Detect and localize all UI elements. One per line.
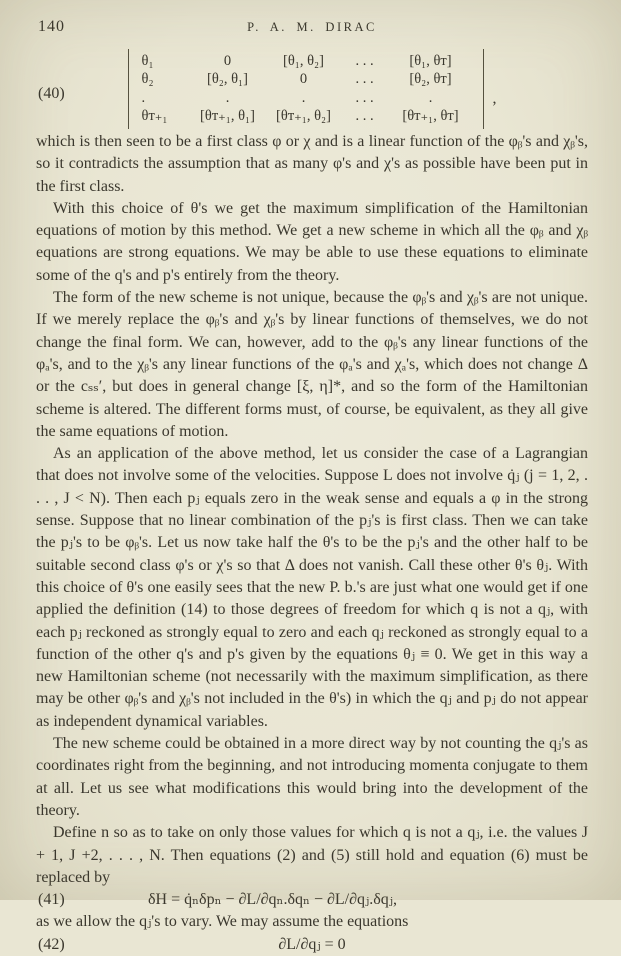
- matrix-cell: .: [388, 90, 474, 107]
- matrix-cell: [θᴛ₊₁, θ₂]: [266, 108, 342, 125]
- matrix-cell: [θ₂, θᴛ]: [388, 71, 474, 88]
- equation-41: (41)δH = q̇ₙδpₙ − ∂L/∂qₙ.δqₙ − ∂L/∂qⱼ.δq…: [36, 889, 588, 900]
- matrix-cell: [θ₂, θ₁]: [190, 71, 266, 88]
- paragraph: With this choice of θ's we get the maxim…: [36, 198, 588, 287]
- matrix-cell: θ₁: [138, 53, 190, 70]
- matrix-cell: [θ₁, θ₂]: [266, 53, 342, 70]
- matrix-trailing-comma: ,: [493, 90, 497, 108]
- page-header: 140 P. A. M. DIRAC: [36, 16, 588, 36]
- paragraph: The new scheme could be obtained in a mo…: [36, 733, 588, 822]
- determinant-matrix: θ₁0[θ₁, θ₂]. . .[θ₁, θᴛ]θ₂[θ₂, θ₁]0. . .…: [128, 49, 484, 129]
- paragraph: Define n so as to take on only those val…: [36, 822, 588, 889]
- equation-formula: δH = q̇ₙδpₙ − ∂L/∂qₙ.δqₙ − ∂L/∂qⱼ.δqⱼ,: [148, 889, 397, 900]
- matrix-cell: .: [138, 90, 190, 107]
- running-head: P. A. M. DIRAC: [36, 20, 588, 35]
- matrix-cell: [θ₁, θᴛ]: [388, 53, 474, 70]
- matrix-cell: . . .: [342, 90, 388, 107]
- matrix-cell: θ₂: [138, 71, 190, 88]
- scanned-paper-page: 140 P. A. M. DIRAC (40) θ₁0[θ₁, θ₂]. . .…: [0, 0, 621, 900]
- paragraph: As an application of the above method, l…: [36, 443, 588, 733]
- paragraph: which is then seen to be a first class φ…: [36, 131, 588, 198]
- page-body: which is then seen to be a first class φ…: [36, 131, 588, 900]
- matrix-cell: [θᴛ₊₁, θᴛ]: [388, 108, 474, 125]
- matrix-row: θ₂[θ₂, θ₁]0. . .[θ₂, θᴛ]: [138, 71, 474, 90]
- matrix-cell: .: [190, 90, 266, 107]
- matrix-row: θᴛ₊₁[θᴛ₊₁, θ₁][θᴛ₊₁, θ₂]. . .[θᴛ₊₁, θᴛ]: [138, 108, 474, 127]
- equation-40: (40) θ₁0[θ₁, θ₂]. . .[θ₁, θᴛ]θ₂[θ₂, θ₁]0…: [36, 47, 588, 131]
- matrix-cell: . . .: [342, 53, 388, 70]
- matrix-cell: [θᴛ₊₁, θ₁]: [190, 108, 266, 125]
- matrix-cell: . . .: [342, 71, 388, 88]
- matrix-cell: θᴛ₊₁: [138, 108, 190, 125]
- matrix-cell: .: [266, 90, 342, 107]
- matrix-row: θ₁0[θ₁, θ₂]. . .[θ₁, θᴛ]: [138, 52, 474, 71]
- matrix-cell: 0: [266, 71, 342, 88]
- matrix-cell: . . .: [342, 108, 388, 125]
- matrix-row: .... . ..: [138, 89, 474, 108]
- paragraph: The form of the new scheme is not unique…: [36, 287, 588, 443]
- equation-label: (41): [38, 889, 65, 900]
- determinant-wrap: θ₁0[θ₁, θ₂]. . .[θ₁, θᴛ]θ₂[θ₂, θ₁]0. . .…: [36, 49, 588, 129]
- matrix-cell: 0: [190, 53, 266, 70]
